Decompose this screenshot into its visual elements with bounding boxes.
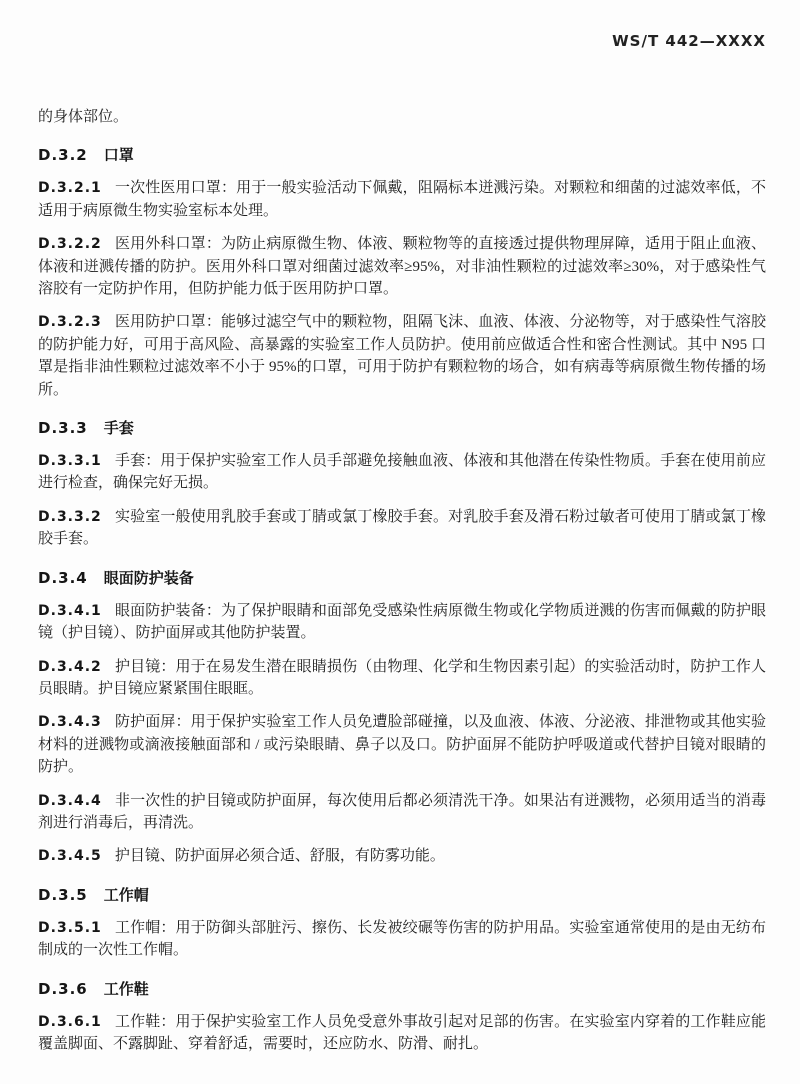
section-title: 口罩 xyxy=(104,146,134,164)
clause-text: 防护面屏：用于保护实验室工作人员免遭脸部碰撞，以及血液、体液、分泌液、排泄物或其… xyxy=(38,714,766,775)
clause-number: D.3.3.1 xyxy=(38,453,102,469)
doc-number: WS/T 442—XXXX xyxy=(38,32,766,50)
clause-paragraph-d345: D.3.4.5护目镜、防护面屏必须合适、舒服，有防雾功能。 xyxy=(38,845,766,867)
clause-paragraph-d331: D.3.3.1手套：用于保护实验室工作人员手部避免接触血液、体液和其他潜在传染性… xyxy=(38,450,766,495)
section-title: 工作帽 xyxy=(104,886,149,904)
clause-text: 实验室一般使用乳胶手套或丁腈或氯丁橡胶手套。对乳胶手套及滑石粉过敏者可使用丁腈或… xyxy=(38,509,766,547)
clause-text: 护目镜：用于在易发生潜在眼睛损伤（由物理、化学和生物因素引起）的实验活动时，防护… xyxy=(38,659,766,697)
clause-text: 手套：用于保护实验室工作人员手部避免接触血液、体液和其他潜在传染性物质。手套在使… xyxy=(38,453,766,491)
section-number: D.3.6 xyxy=(38,980,88,998)
section-title: 工作鞋 xyxy=(104,980,149,998)
clause-text: 一次性医用口罩：用于一般实验活动下佩戴，阻隔标本迸溅污染。对颗粒和细菌的过滤效率… xyxy=(38,180,766,218)
document-page: WS/T 442—XXXX 的身体部位。 D.3.2口罩 D.3.2.1一次性医… xyxy=(0,0,800,1084)
section-title: 手套 xyxy=(104,419,134,437)
clause-number: D.3.4.4 xyxy=(38,793,102,809)
intro-continuation-text: 的身体部位。 xyxy=(38,106,766,128)
section-number: D.3.5 xyxy=(38,886,88,904)
clause-paragraph-d351: D.3.5.1工作帽：用于防御头部脏污、擦伤、长发被绞碾等伤害的防护用品。实验室… xyxy=(38,917,766,962)
clause-text: 护目镜、防护面屏必须合适、舒服，有防雾功能。 xyxy=(115,848,445,864)
clause-paragraph-d344: D.3.4.4非一次性的护目镜或防护面屏，每次使用后都必须清洗干净。如果沾有迸溅… xyxy=(38,790,766,835)
section-title: 眼面防护装备 xyxy=(104,569,194,587)
clause-paragraph-d323: D.3.2.3医用防护口罩：能够过滤空气中的颗粒物，阻隔飞沫、血液、体液、分泌物… xyxy=(38,311,766,401)
clause-number: D.3.2.2 xyxy=(38,236,102,252)
section-heading-d33: D.3.3手套 xyxy=(38,417,766,439)
clause-paragraph-d361: D.3.6.1工作鞋：用于保护实验室工作人员免受意外事故引起对足部的伤害。在实验… xyxy=(38,1011,766,1056)
section-heading-d35: D.3.5工作帽 xyxy=(38,884,766,906)
clause-text: 工作帽：用于防御头部脏污、擦伤、长发被绞碾等伤害的防护用品。实验室通常使用的是由… xyxy=(38,920,766,958)
clause-paragraph-d343: D.3.4.3防护面屏：用于保护实验室工作人员免遭脸部碰撞，以及血液、体液、分泌… xyxy=(38,711,766,778)
clause-paragraph-d341: D.3.4.1眼面防护装备：为了保护眼睛和面部免受感染性病原微生物或化学物质迸溅… xyxy=(38,600,766,645)
section-number: D.3.4 xyxy=(38,569,88,587)
section-number: D.3.3 xyxy=(38,419,88,437)
clause-paragraph-d321: D.3.2.1一次性医用口罩：用于一般实验活动下佩戴，阻隔标本迸溅污染。对颗粒和… xyxy=(38,177,766,222)
section-heading-d36: D.3.6工作鞋 xyxy=(38,978,766,1000)
section-number: D.3.2 xyxy=(38,146,88,164)
clause-text: 工作鞋：用于保护实验室工作人员免受意外事故引起对足部的伤害。在实验室内穿着的工作… xyxy=(38,1014,766,1052)
clause-number: D.3.2.1 xyxy=(38,180,102,196)
clause-number: D.3.2.3 xyxy=(38,314,102,330)
clause-number: D.3.3.2 xyxy=(38,509,102,525)
clause-text: 眼面防护装备：为了保护眼睛和面部免受感染性病原微生物或化学物质迸溅的伤害而佩戴的… xyxy=(38,603,766,641)
section-heading-d34: D.3.4眼面防护装备 xyxy=(38,567,766,589)
clause-text: 医用外科口罩：为防止病原微生物、体液、颗粒物等的直接透过提供物理屏障，适用于阻止… xyxy=(38,236,766,297)
clause-paragraph-d342: D.3.4.2护目镜：用于在易发生潜在眼睛损伤（由物理、化学和生物因素引起）的实… xyxy=(38,656,766,701)
clause-number: D.3.6.1 xyxy=(38,1014,102,1030)
clause-number: D.3.4.2 xyxy=(38,659,102,675)
clause-text: 非一次性的护目镜或防护面屏，每次使用后都必须清洗干净。如果沾有迸溅物，必须用适当… xyxy=(38,793,766,831)
section-heading-d32: D.3.2口罩 xyxy=(38,144,766,166)
clause-number: D.3.5.1 xyxy=(38,920,102,936)
clause-paragraph-d332: D.3.3.2实验室一般使用乳胶手套或丁腈或氯丁橡胶手套。对乳胶手套及滑石粉过敏… xyxy=(38,506,766,551)
clause-number: D.3.4.3 xyxy=(38,714,102,730)
clause-text: 医用防护口罩：能够过滤空气中的颗粒物，阻隔飞沫、血液、体液、分泌物等，对于感染性… xyxy=(38,314,766,397)
clause-number: D.3.4.5 xyxy=(38,848,102,864)
clause-number: D.3.4.1 xyxy=(38,603,102,619)
clause-paragraph-d322: D.3.2.2医用外科口罩：为防止病原微生物、体液、颗粒物等的直接透过提供物理屏… xyxy=(38,233,766,300)
